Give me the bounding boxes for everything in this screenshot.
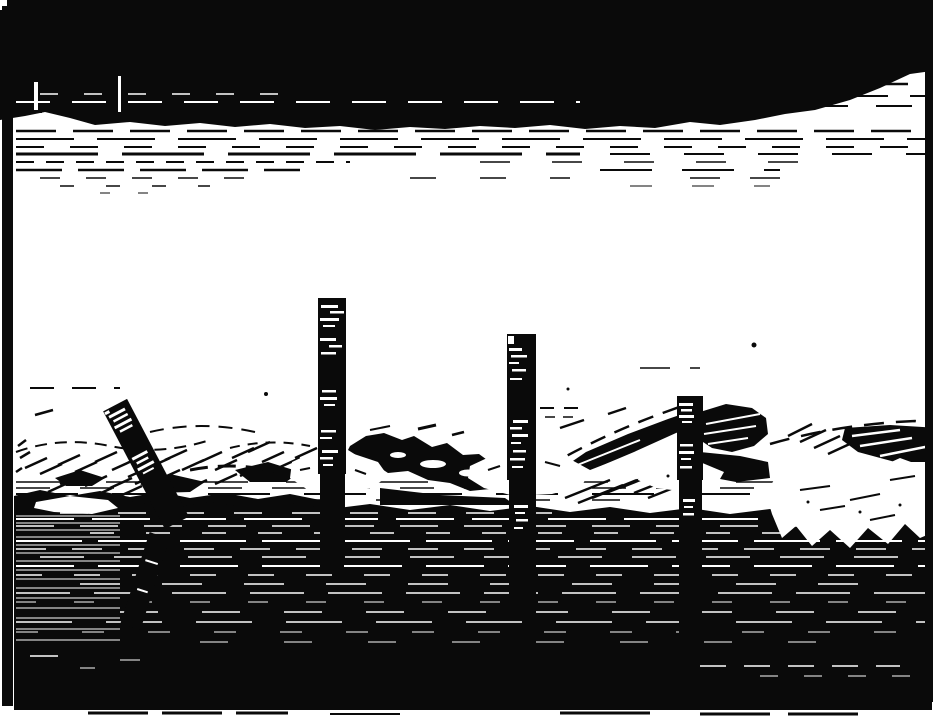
pile-2-reflection	[320, 474, 345, 558]
bottom-margin	[0, 710, 939, 718]
pile-3	[507, 334, 536, 480]
engraving-page	[0, 0, 939, 718]
frame-left-border	[2, 6, 13, 706]
sky-band	[0, 0, 939, 130]
engraving-illustration	[0, 0, 939, 718]
frame-right-border	[925, 66, 933, 702]
pile-3-reflection	[509, 480, 536, 618]
pile-4	[677, 396, 703, 480]
pile-2	[318, 298, 346, 474]
foreground-water	[14, 648, 932, 710]
cloud-streaks	[16, 84, 936, 388]
pile-4-reflection	[679, 480, 702, 638]
